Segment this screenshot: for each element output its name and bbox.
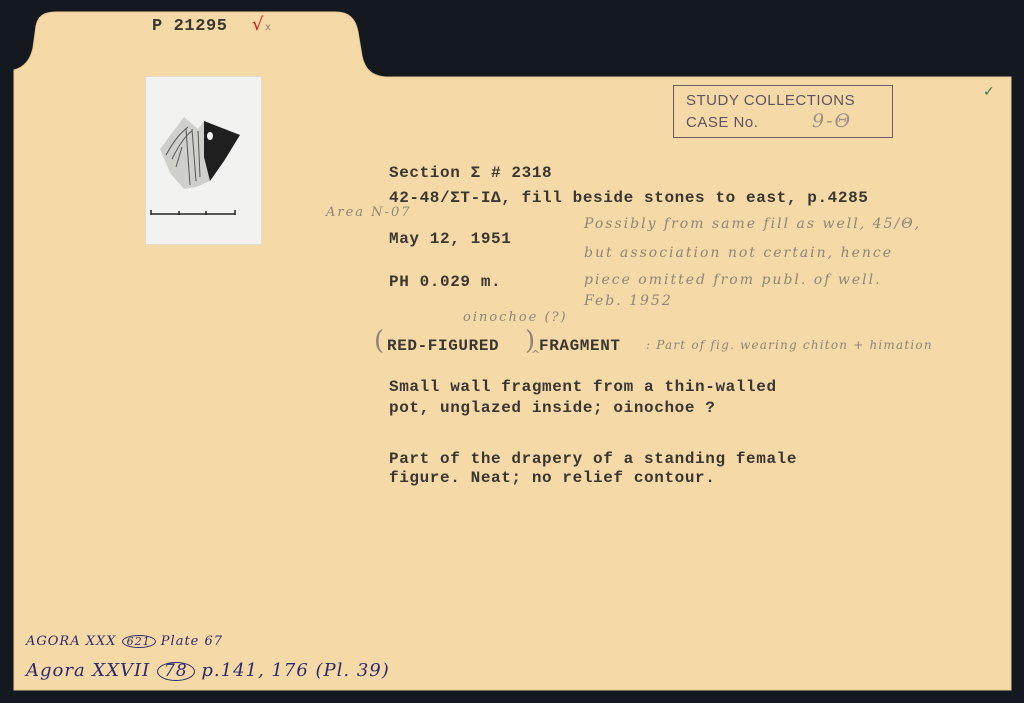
red-checkmark-icon: √ [252,14,263,35]
notes-line-2: figure. Neat; no relief contour. [389,468,715,488]
publication-1-catalog-number: 621 [122,635,156,648]
find-date: May 12, 1951 [389,229,511,249]
notes-line-1: Part of the drapery of a standing female [389,449,797,469]
fragment-photo [146,77,261,244]
side-note-line-4: Feb. 1952 [584,293,673,309]
excavation-context: 42-48/ΣΤ-ΙΔ, fill beside stones to east,… [389,188,868,208]
green-checkmark-icon: ✓ [983,84,995,100]
publication-2-series: Agora XXVII [26,660,150,681]
stamp-case-label: CASE No. [686,114,758,131]
description-line-2: pot, unglazed inside; oinochoe ? [389,398,715,418]
fragment-image-icon [146,77,261,244]
stamp-title: STUDY COLLECTIONS [686,92,855,109]
section-number: Section Σ # 2318 [389,163,552,183]
side-note-line-1: Possibly from same fill as well, 45/Θ, [584,216,921,232]
dimension: PH 0.029 m. [389,272,501,292]
publication-reference-2: Agora XXVII 78 p.141, 176 (Pl. 39) [26,660,390,681]
side-note-line-2: but association not certain, hence [584,245,893,261]
publication-1-plate: Plate 67 [161,634,223,649]
area-annotation: Area N-07 [326,205,412,220]
publication-2-pages: p.141, 176 (Pl. 39) [201,660,389,681]
publication-1-series: AGORA XXX [26,634,117,649]
paren-open: ( [374,326,386,356]
x-mark: x [265,22,271,33]
publication-reference-1: AGORA XXX 621 Plate 67 [26,634,223,649]
category-insert-annotation: oinochoe (?) [463,310,568,325]
side-note-line-3: piece omitted from publ. of well. [584,272,882,288]
study-collections-stamp: STUDY COLLECTIONS CASE No. 9-Θ [673,85,893,138]
category-note: : Part of fig. wearing chiton + himation [646,338,933,352]
catalog-number: P 21295 [152,17,228,37]
stamp-case-number: 9-Θ [812,110,852,132]
publication-2-catalog-number: 78 [157,662,195,681]
category-red-figured: RED-FIGURED [387,336,499,356]
category-fragment: FRAGMENT [539,336,621,356]
description-line-1: Small wall fragment from a thin-walled [389,377,777,397]
